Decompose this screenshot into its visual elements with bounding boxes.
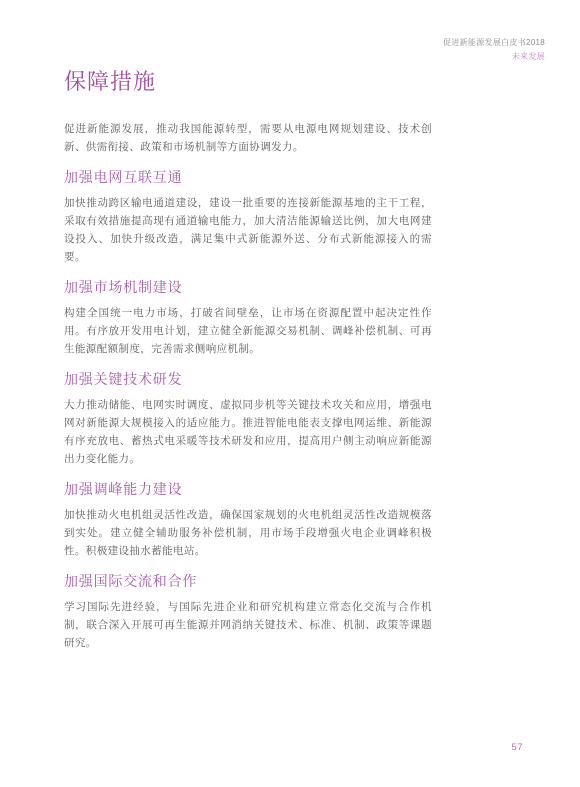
page-number: 57 (511, 742, 523, 753)
section-grid-interconnection: 加强电网互联互通 加快推动跨区输电通道建设，建设一批重要的连接新能源基地的主干工… (64, 168, 432, 266)
section-peak-regulation: 加强调峰能力建设 加快推动火电机组灵活性改造，确保国家规划的火电机组灵活性改造规… (64, 480, 432, 560)
section-market-mechanism: 加强市场机制建设 构建全国统一电力市场，打破省间壁垒，让市场在资源配置中起决定性… (64, 278, 432, 358)
section-heading: 加强调峰能力建设 (64, 480, 432, 499)
section-body: 构建全国统一电力市场，打破省间壁垒，让市场在资源配置中起决定性作用。有序放开发用… (64, 304, 432, 358)
document-page: 促进新能源发展白皮书2018 未来发展 保障措施 促进新能源发展，推动我国能源转… (0, 0, 580, 787)
section-body: 加快推动跨区输电通道建设，建设一批重要的连接新能源基地的主干工程，采取有效措施提… (64, 194, 432, 266)
section-key-technology: 加强关键技术研发 大力推动储能、电网实时调度、虚拟同步机等关键技术攻关和应用，增… (64, 370, 432, 468)
section-heading: 加强国际交流和合作 (64, 572, 432, 591)
section-body: 加快推动火电机组灵活性改造，确保国家规划的火电机组灵活性改造规模落到实处。建立健… (64, 506, 432, 560)
page-header: 促进新能源发展白皮书2018 未来发展 (443, 38, 545, 62)
document-title: 促进新能源发展白皮书2018 (443, 38, 545, 48)
intro-paragraph: 促进新能源发展，推动我国能源转型，需要从电源电网规划建设、技术创新、供需衔接、政… (64, 120, 432, 156)
chapter-label: 未来发展 (443, 52, 545, 62)
section-body: 大力推动储能、电网实时调度、虚拟同步机等关键技术攻关和应用，增强电网对新能源大规… (64, 396, 432, 468)
section-body: 学习国际先进经验，与国际先进企业和研究机构建立常态化交流与合作机制，联合深入开展… (64, 598, 432, 652)
section-heading: 加强关键技术研发 (64, 370, 432, 389)
section-international-cooperation: 加强国际交流和合作 学习国际先进经验，与国际先进企业和研究机构建立常态化交流与合… (64, 572, 432, 652)
page-content: 保障措施 促进新能源发展，推动我国能源转型，需要从电源电网规划建设、技术创新、供… (64, 68, 432, 664)
section-heading: 加强电网互联互通 (64, 168, 432, 187)
page-title: 保障措施 (64, 68, 432, 96)
section-heading: 加强市场机制建设 (64, 278, 432, 297)
